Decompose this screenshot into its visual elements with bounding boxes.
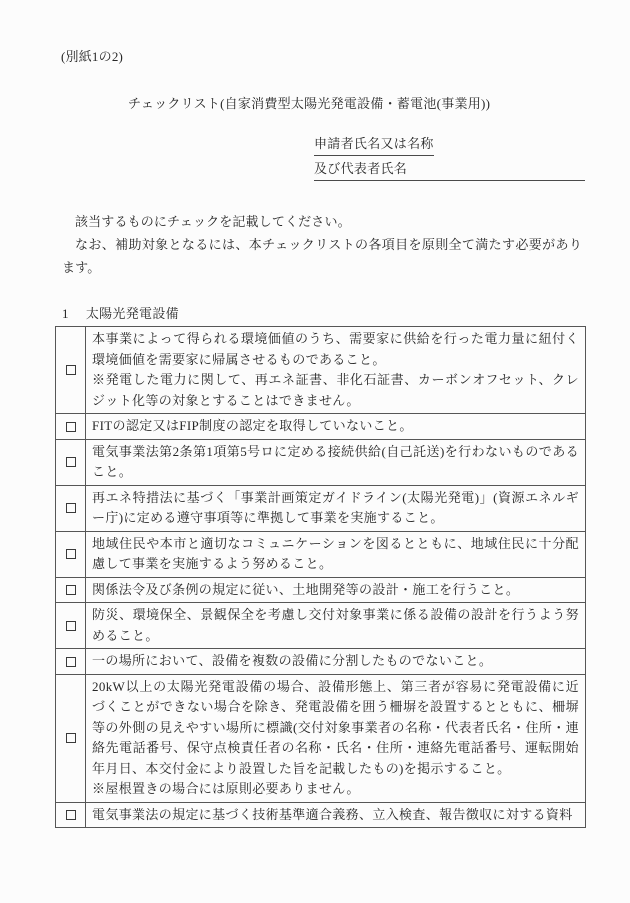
- checkbox[interactable]: [66, 365, 76, 375]
- checkbox[interactable]: [66, 621, 76, 631]
- checkbox-cell: [56, 439, 86, 485]
- applicant-name-label: 申請者氏名又は名称: [314, 136, 434, 156]
- representative-name-field[interactable]: 及び代表者氏名: [314, 161, 585, 181]
- checklist-item-main-text: 電気事業法の規定に基づく技術基準適合義務、立入検査、報告徴収に対する資料: [92, 805, 579, 826]
- checklist-table-body: 本事業によって得られる環境価値のうち、需要家に供給を行った電力量に紐付く環境価値…: [56, 327, 586, 828]
- checklist-row: 電気事業法第2条第1項第5号ロに定める接続供給(自己託送)を行わないものであるこ…: [56, 439, 586, 485]
- checklist-row: 20kW以上の太陽光発電設備の場合、設備形態上、第三者が容易に発電設備に近づくこ…: [56, 674, 586, 802]
- checkbox-cell: [56, 802, 86, 828]
- checklist-row: 一の場所において、設備を複数の設備に分割したものでないこと。: [56, 649, 586, 675]
- instruction-line-2: なお、補助対象となるには、本チェックリストの各項目を原則全て満たす必要があります…: [62, 233, 582, 279]
- applicant-name-field[interactable]: 申請者氏名又は名称: [314, 136, 585, 156]
- checklist-item-text: 防災、環境保全、景観保全を考慮し交付対象事業に係る設備の設計を行うよう努めること…: [86, 603, 586, 649]
- checklist-row: 関係法令及び条例の規定に従い、土地開発等の設計・施工を行うこと。: [56, 577, 586, 603]
- checkbox[interactable]: [66, 657, 76, 667]
- checkbox[interactable]: [66, 457, 76, 467]
- checklist-item-text: 本事業によって得られる環境価値のうち、需要家に供給を行った電力量に紐付く環境価値…: [86, 327, 586, 414]
- checklist-item-text: 地域住民や本市と適切なコミュニケーションを図るとともに、地域住民に十分配慮して事…: [86, 531, 586, 577]
- representative-name-label: 及び代表者氏名: [314, 161, 407, 176]
- checklist-item-main-text: FITの認定又はFIP制度の認定を取得していないこと。: [92, 416, 579, 437]
- checklist-item-main-text: 一の場所において、設備を複数の設備に分割したものでないこと。: [92, 651, 579, 672]
- checkbox-cell: [56, 649, 86, 675]
- checklist-row: FITの認定又はFIP制度の認定を取得していないこと。: [56, 414, 586, 440]
- instruction-line-1: 該当するものにチェックを記載してください。: [62, 210, 582, 233]
- checklist-item-text: FITの認定又はFIP制度の認定を取得していないこと。: [86, 414, 586, 440]
- checkbox-cell: [56, 485, 86, 531]
- checkbox-cell: [56, 577, 86, 603]
- checkbox-cell: [56, 531, 86, 577]
- document-page: (別紙1の2) チェックリスト(自家消費型太陽光発電設備・蓄電池(事業用)) 申…: [0, 0, 630, 903]
- checklist-row: 電気事業法の規定に基づく技術基準適合義務、立入検査、報告徴収に対する資料: [56, 802, 586, 828]
- checklist-item-text: 関係法令及び条例の規定に従い、土地開発等の設計・施工を行うこと。: [86, 577, 586, 603]
- checklist-item-text: 電気事業法の規定に基づく技術基準適合義務、立入検査、報告徴収に対する資料: [86, 802, 586, 828]
- checklist-item-note: ※屋根置きの場合には原則必要ありません。: [92, 779, 579, 800]
- section-title: 太陽光発電設備: [86, 306, 179, 321]
- checklist-row: 防災、環境保全、景観保全を考慮し交付対象事業に係る設備の設計を行うよう努めること…: [56, 603, 586, 649]
- checkbox[interactable]: [66, 422, 76, 432]
- checklist-item-main-text: 再エネ特措法に基づく「事業計画策定ガイドライン(太陽光発電)」(資源エネルギー庁…: [92, 488, 579, 529]
- checkbox-cell: [56, 603, 86, 649]
- checklist-item-text: 再エネ特措法に基づく「事業計画策定ガイドライン(太陽光発電)」(資源エネルギー庁…: [86, 485, 586, 531]
- checklist-item-main-text: 20kW以上の太陽光発電設備の場合、設備形態上、第三者が容易に発電設備に近づくこ…: [92, 677, 579, 780]
- checklist-item-note: ※発電した電力に関して、再エネ証書、非化石証書、カーボンオフセット、クレジット化…: [92, 370, 579, 411]
- checkbox[interactable]: [66, 549, 76, 559]
- applicant-name-block: 申請者氏名又は名称 及び代表者氏名: [314, 136, 585, 181]
- attachment-label: (別紙1の2): [61, 46, 123, 65]
- checkbox-cell: [56, 327, 86, 414]
- section-heading: 1太陽光発電設備: [62, 303, 179, 322]
- checklist-table: 本事業によって得られる環境価値のうち、需要家に供給を行った電力量に紐付く環境価値…: [55, 326, 586, 828]
- instructions-block: 該当するものにチェックを記載してください。 なお、補助対象となるには、本チェック…: [62, 210, 582, 279]
- checklist-item-main-text: 防災、環境保全、景観保全を考慮し交付対象事業に係る設備の設計を行うよう努めること…: [92, 605, 579, 646]
- checkbox[interactable]: [66, 810, 76, 820]
- checklist-item-main-text: 本事業によって得られる環境価値のうち、需要家に供給を行った電力量に紐付く環境価値…: [92, 329, 579, 370]
- checklist-item-text: 20kW以上の太陽光発電設備の場合、設備形態上、第三者が容易に発電設備に近づくこ…: [86, 674, 586, 802]
- checkbox-cell: [56, 674, 86, 802]
- checkbox-cell: [56, 414, 86, 440]
- checkbox[interactable]: [66, 733, 76, 743]
- checklist-row: 再エネ特措法に基づく「事業計画策定ガイドライン(太陽光発電)」(資源エネルギー庁…: [56, 485, 586, 531]
- checklist-row: 地域住民や本市と適切なコミュニケーションを図るとともに、地域住民に十分配慮して事…: [56, 531, 586, 577]
- checklist-item-main-text: 地域住民や本市と適切なコミュニケーションを図るとともに、地域住民に十分配慮して事…: [92, 534, 579, 575]
- document-title: チェックリスト(自家消費型太陽光発電設備・蓄電池(事業用)): [128, 93, 490, 112]
- checklist-item-main-text: 関係法令及び条例の規定に従い、土地開発等の設計・施工を行うこと。: [92, 580, 579, 601]
- checkbox[interactable]: [66, 503, 76, 513]
- checklist-item-main-text: 電気事業法第2条第1項第5号ロに定める接続供給(自己託送)を行わないものであるこ…: [92, 442, 579, 483]
- checklist-item-text: 一の場所において、設備を複数の設備に分割したものでないこと。: [86, 649, 586, 675]
- checklist-row: 本事業によって得られる環境価値のうち、需要家に供給を行った電力量に紐付く環境価値…: [56, 327, 586, 414]
- checklist-item-text: 電気事業法第2条第1項第5号ロに定める接続供給(自己託送)を行わないものであるこ…: [86, 439, 586, 485]
- section-number: 1: [62, 306, 69, 321]
- checkbox[interactable]: [66, 585, 76, 595]
